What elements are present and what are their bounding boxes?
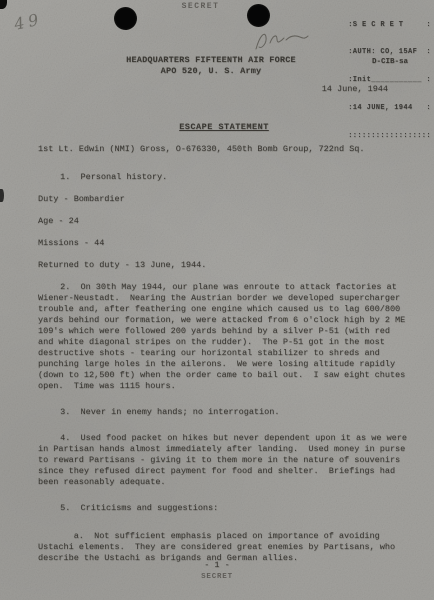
paragraph-1-heading: 1. Personal history. bbox=[38, 172, 410, 183]
headquarters-line: HEADQUARTERS FIFTEENTH AIR FORCE bbox=[0, 55, 428, 66]
handwritten-initials-scribble bbox=[250, 27, 310, 55]
letterhead: HEADQUARTERS FIFTEENTH AIR FORCE APO 520… bbox=[0, 55, 428, 77]
personal-history-item-missions: Missions - 44 bbox=[38, 238, 410, 249]
personal-history-item-age: Age - 24 bbox=[38, 216, 410, 227]
secret-stamp-bottom: SECRET bbox=[0, 573, 434, 581]
handwritten-page-number: 49 bbox=[12, 9, 44, 33]
classification-stamp-line: :S E C R E T : bbox=[348, 21, 431, 30]
paragraph-3: 3. Never in enemy hands; no interrogatio… bbox=[38, 407, 410, 418]
personal-history-item-returned: Returned to duty - 13 June, 1944. bbox=[38, 260, 410, 271]
document-title: ESCAPE STATEMENT bbox=[38, 122, 410, 133]
apo-line: APO 520, U. S. Army bbox=[0, 66, 428, 77]
page-number: - 1 - bbox=[0, 560, 434, 570]
paragraph-5-heading: 5. Criticisms and suggestions: bbox=[38, 503, 410, 514]
document-date: 14 June, 1944 bbox=[322, 84, 388, 94]
paragraph-4: 4. Used food packet on hikes but never d… bbox=[38, 433, 410, 488]
scanned-document-page: 49 SECRET :S E C R E T : :AUTH: CO, 15AF… bbox=[0, 0, 434, 600]
classification-stamp-line: :14 JUNE, 1944 : bbox=[348, 104, 431, 113]
office-symbol: D-CIB-sa bbox=[372, 58, 408, 66]
scan-edge-mark bbox=[0, 189, 4, 202]
secret-stamp-top: SECRET bbox=[0, 2, 401, 11]
subject-line: 1st Lt. Edwin (NMI) Gross, O-676330, 450… bbox=[38, 144, 410, 155]
document-body: ESCAPE STATEMENT 1st Lt. Edwin (NMI) Gro… bbox=[38, 122, 410, 564]
paragraph-2: 2. On 30th May 1944, our plane was enrou… bbox=[38, 282, 410, 392]
personal-history-item-duty: Duty - Bombardier bbox=[38, 194, 410, 205]
